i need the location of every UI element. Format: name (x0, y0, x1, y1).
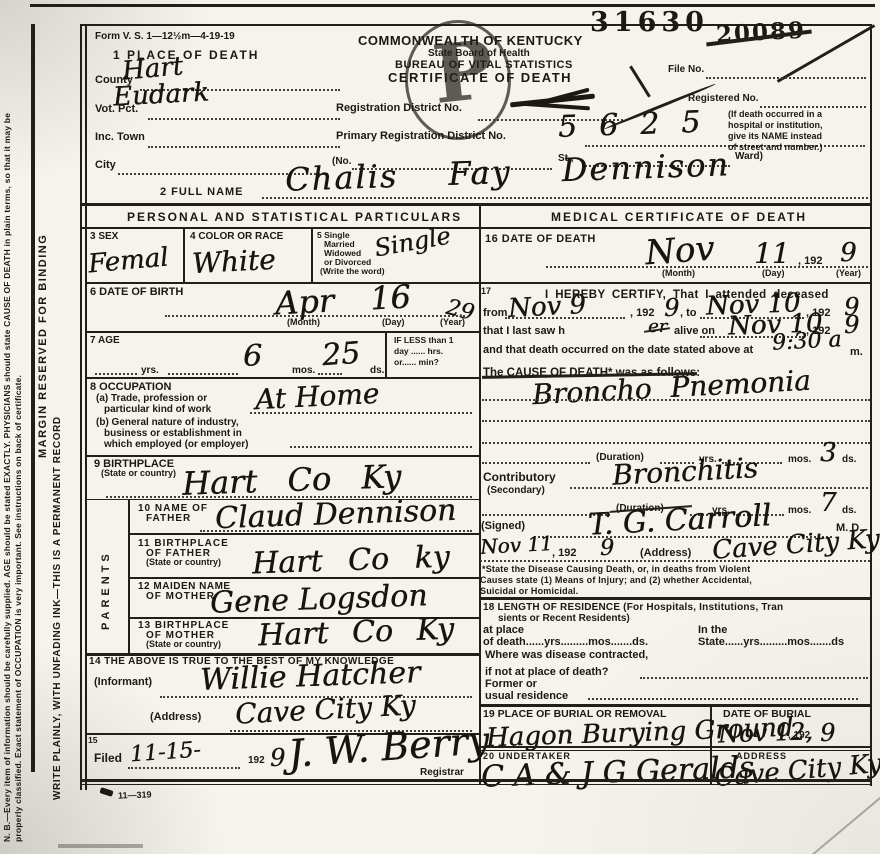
hospital-note-line: give its NAME instead (728, 132, 822, 142)
hospital-note-line: hospital or institution, (728, 121, 823, 131)
at-place-label: at place (483, 624, 524, 636)
contributory-value: Bronchitis (611, 454, 758, 490)
duration-line (482, 461, 590, 464)
date-of-death-day: 11 (754, 240, 790, 268)
filed-year-print: 192 (248, 755, 265, 766)
month-caption: (Month) (662, 269, 695, 279)
sex-label: 3 SEX (90, 231, 118, 242)
birthplace-sub-label: (State or country) (101, 469, 176, 479)
father-name-label: FATHER (146, 513, 191, 524)
residence-label: 18 LENGTH OF RESIDENCE (For Hospitals, I… (483, 602, 783, 613)
form-bottom-heavy (80, 779, 480, 782)
occupation-a-label: particular kind of work (104, 404, 211, 415)
residence-label: sients or Recent Residents) (498, 613, 630, 624)
cell-divider (385, 331, 387, 377)
section-band-underline (80, 227, 872, 229)
occupation-a-label: (a) Trade, profession or (96, 393, 207, 404)
cause-duration-days-value: 3 (820, 440, 837, 466)
signed-address-line (480, 559, 870, 562)
signed-date-value: Nov 11 (480, 533, 554, 557)
year-caption: (Year) (440, 318, 465, 328)
row-line (481, 746, 872, 748)
filed-label: Filed (94, 752, 122, 765)
file-no-line (706, 76, 866, 79)
father-birthplace-value: Hart Co ky (252, 543, 451, 580)
registered-no-label: Registered No. (688, 93, 759, 104)
age-mos-line (168, 372, 238, 375)
inc-town-line (148, 145, 340, 148)
occupation-b-label: which employed (or employer) (104, 439, 248, 450)
scan-bottom-right-crease (812, 783, 880, 854)
duration-mos-caption: mos. (788, 505, 811, 516)
margin-write-plainly-note: WRITE PLAINLY, WITH UNFADING INK—THIS IS… (52, 200, 63, 800)
occupation-b-line (290, 445, 472, 448)
color-race-value: White (191, 246, 276, 278)
informant-label: (Informant) (94, 676, 152, 688)
if-not-line (640, 676, 868, 679)
form-number: Form V. S. 1—12½m—4-19-19 (95, 31, 235, 42)
parents-group-label: PARENTS (100, 530, 112, 630)
print-code: 11—319 (118, 790, 152, 801)
date-of-death-year: 9 (840, 240, 857, 266)
day-caption: (Day) (382, 318, 405, 328)
city-label: City (95, 159, 116, 171)
usual-line (588, 697, 858, 700)
vot-pct-value: Eudark (112, 80, 209, 111)
occupation-label: 8 OCCUPATION (90, 381, 172, 393)
row-line (86, 377, 480, 379)
margin-nb-note: N. B.—Every item of information should b… (2, 90, 38, 842)
death-time-m-label: m. (850, 346, 863, 358)
form-bottom-thin (479, 784, 872, 785)
stamped-serial-number: 31630 (590, 8, 709, 38)
primary-district-label: Primary Registration District No. (336, 130, 506, 142)
footnote-line: Suicidal or Homicidal. (480, 587, 578, 597)
marital-option-note: (Write the word) (320, 267, 385, 276)
cause-line (482, 419, 870, 422)
certify-from-label: from (483, 307, 507, 319)
mother-birthplace-value: Hart Co Ky (258, 615, 455, 652)
medical-section-heading: MEDICAL CERTIFICATE OF DEATH (551, 211, 807, 224)
age-yrs-line (95, 372, 137, 375)
death-certificate-scan: N. B.—Every item of information should b… (0, 0, 880, 854)
occupation-value: At Home (254, 380, 380, 414)
registered-no-line (760, 105, 866, 108)
age-yrs-caption: yrs. (141, 365, 159, 376)
duration-mos-caption: mos. (788, 454, 811, 465)
contributory-label: Contributory (483, 471, 556, 484)
registrar-label: Registrar (420, 767, 464, 778)
former-label: Former or (485, 678, 537, 690)
death-occurred-label: and that death occurred on the date stat… (483, 344, 753, 356)
sex-value: Femal (87, 245, 169, 278)
date-of-death-line (546, 265, 868, 268)
street-ward-label: Ward) (735, 151, 763, 162)
secondary-label: (Secondary) (487, 485, 545, 496)
personal-section-heading: PERSONAL AND STATISTICAL PARTICULARS (127, 211, 462, 224)
section-divider-heavy (80, 203, 872, 206)
date-of-death-label: 16 DATE OF DEATH (485, 233, 596, 245)
contracted-label: Where was disease contracted, (485, 649, 648, 661)
cause-line (482, 441, 870, 444)
file-no-label: File No. (668, 64, 704, 75)
burial-year-print: , 192 (788, 730, 810, 741)
marital-value: Single (372, 224, 452, 261)
scan-bottom-left-mark (58, 844, 143, 848)
occupation-b-label: business or establishment in (104, 428, 242, 439)
burial-year-value: 9 (820, 721, 835, 745)
certify-to-label: , to (680, 307, 697, 319)
father-birthplace-sub: (State or country) (146, 558, 221, 568)
color-race-label: 4 COLOR OR RACE (190, 231, 283, 242)
state-label: State......yrs.........mos.......ds (698, 636, 844, 648)
hospital-note-line: (If death occurred in a (728, 110, 822, 120)
informant-address-value: Cave City Ky (234, 691, 416, 728)
usual-label: usual residence (485, 690, 568, 702)
footnote-line: Causes state (1) Means of Injury; and (2… (480, 576, 752, 586)
occupation-a-line (250, 411, 472, 414)
ink-flourish (629, 65, 651, 97)
row-line-heavy (481, 704, 872, 707)
row-line (481, 282, 872, 284)
form-right-border (870, 24, 872, 786)
form-bottom-thin (80, 784, 480, 785)
if-not-label: if not at place of death? (485, 666, 608, 678)
age-label: 7 AGE (90, 335, 120, 346)
death-time-value: 9:30 a (771, 329, 842, 355)
row-line-heavy (481, 597, 872, 600)
inc-town-label: Inc. Town (95, 131, 145, 143)
contributory-duration-days-value: 7 (820, 490, 837, 516)
signed-year-print: , 192 (552, 547, 576, 559)
form-left-border-outer (80, 24, 82, 790)
cell-divider (183, 228, 185, 282)
last-saw-label: that I last saw h (483, 325, 565, 337)
age-ds-line (318, 372, 342, 375)
in-the-label: In the (698, 624, 727, 636)
year-caption: (Year) (836, 269, 861, 279)
day-caption: (Day) (762, 269, 785, 279)
filed-item-number: 15 (88, 736, 97, 745)
if-less-note-line: or...... min? (394, 358, 439, 367)
age-ds-value: 25 (321, 339, 361, 372)
signed-label: (Signed) (481, 520, 525, 532)
informant-address-label: (Address) (150, 711, 201, 723)
duration-ds-caption: ds. (842, 454, 856, 465)
signed-address-label: (Address) (640, 547, 691, 559)
registration-district-label: Registration District No. (336, 102, 462, 114)
full-name-line (262, 196, 868, 199)
margin-binding-note: MARGIN RESERVED FOR BINDING (37, 128, 49, 458)
row-line (130, 533, 480, 535)
full-name-label: 2 FULL NAME (160, 186, 244, 198)
signed-year-value: 9 (600, 538, 614, 560)
form-left-border-inner (85, 24, 87, 790)
age-ds-caption: ds. (370, 365, 384, 376)
filed-year-value: 9 (270, 746, 285, 770)
certify-item-number: 17 (481, 287, 491, 297)
dob-label: 6 DATE OF BIRTH (90, 286, 183, 298)
form-bottom-heavy (479, 779, 872, 782)
parents-cell-divider (128, 499, 130, 653)
birthplace-value: Hart Co Ky (182, 460, 402, 500)
month-caption: (Month) (287, 318, 320, 328)
of-death-label: of death......yrs.........mos.......ds. (483, 636, 648, 648)
mother-birthplace-sub: (State or country) (146, 640, 221, 650)
if-less-note-line: IF LESS than 1 (394, 336, 454, 345)
print-code-blot (99, 787, 113, 797)
father-name-line (200, 529, 472, 532)
filed-date-line (128, 766, 240, 769)
cause-line (482, 398, 870, 401)
occupation-b-label: (b) General nature of industry, (96, 417, 239, 428)
row-line (86, 331, 480, 333)
filed-date-value: 11-15- (129, 740, 201, 767)
last-saw-year: 9 (844, 313, 859, 337)
age-mos-value: 6 (243, 342, 262, 372)
duration-ds-caption: ds. (842, 505, 856, 516)
if-less-note-line: day ...... hrs. (394, 347, 443, 356)
mother-name-label: OF MOTHER (146, 591, 215, 602)
scan-top-edge (30, 4, 875, 7)
certify-from-line (505, 316, 625, 319)
vot-pct-line (148, 117, 340, 120)
row-line (86, 455, 480, 457)
row-line (130, 577, 480, 579)
cell-divider (311, 228, 313, 282)
footnote-line: *State the Disease Causing Death, or, in… (482, 565, 750, 575)
age-mos-caption: mos. (292, 365, 315, 376)
